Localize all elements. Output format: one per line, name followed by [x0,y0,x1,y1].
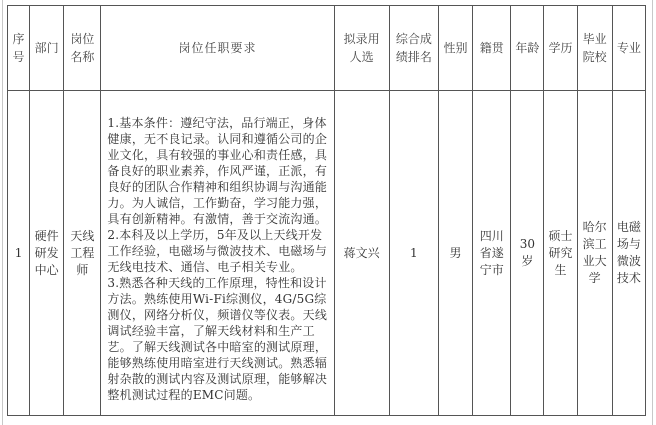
requirement-3: 3.熟悉各种天线的工作原理，特性和设计方法。熟练使用Wi-Fi综测仪，4G/5G… [107,275,327,403]
cell-dept: 硬件研发中心 [30,91,64,416]
header-dept: 部门 [30,6,64,91]
requirement-1: 1.基本条件：遵纪守法，品行端正，身体健康，无不良记录。认同和遵循公司的企业文化… [107,115,327,227]
cell-position: 天线工程师 [64,91,101,416]
cell-major: 电磁场与微波技术 [612,91,645,416]
cell-rank: 1 [389,91,438,416]
cell-requirements: 1.基本条件：遵纪守法，品行端正，身体健康，无不良记录。认同和遵循公司的企业文化… [101,91,334,416]
cell-education: 硕士研究生 [544,91,577,416]
cell-age: 30岁 [511,91,544,416]
requirement-2: 2.本科及以上学历，5年及以上天线开发工作经验，电磁场与微波技术、电磁场与无线电… [107,227,327,275]
table-row: 1 硬件研发中心 天线工程师 1.基本条件：遵纪守法，品行端正，身体健康，无不良… [8,91,646,416]
page-left-rule [2,0,3,425]
header-gender: 性别 [438,6,472,91]
cell-seq: 1 [8,91,30,416]
cell-school: 哈尔滨工业大学 [577,91,612,416]
cell-gender: 男 [438,91,472,416]
header-seq: 序号 [8,6,30,91]
header-position: 岗位名称 [64,6,101,91]
hiring-table: 序号 部门 岗位名称 岗位任职要求 拟录用人选 综合成绩排名 性别 籍贯 年龄 … [7,5,646,416]
header-school: 毕业院校 [577,6,612,91]
header-major: 专业 [612,6,645,91]
cell-candidate: 蒋文兴 [334,91,389,416]
header-native-place: 籍贯 [473,6,511,91]
header-row: 序号 部门 岗位名称 岗位任职要求 拟录用人选 综合成绩排名 性别 籍贯 年龄 … [8,6,646,91]
header-requirements: 岗位任职要求 [101,6,334,91]
page-right-rule [652,0,653,425]
header-candidate: 拟录用人选 [334,6,389,91]
header-rank: 综合成绩排名 [389,6,438,91]
cell-native-place: 四川省遂宁市 [473,91,511,416]
header-age: 年龄 [511,6,544,91]
header-education: 学历 [544,6,577,91]
